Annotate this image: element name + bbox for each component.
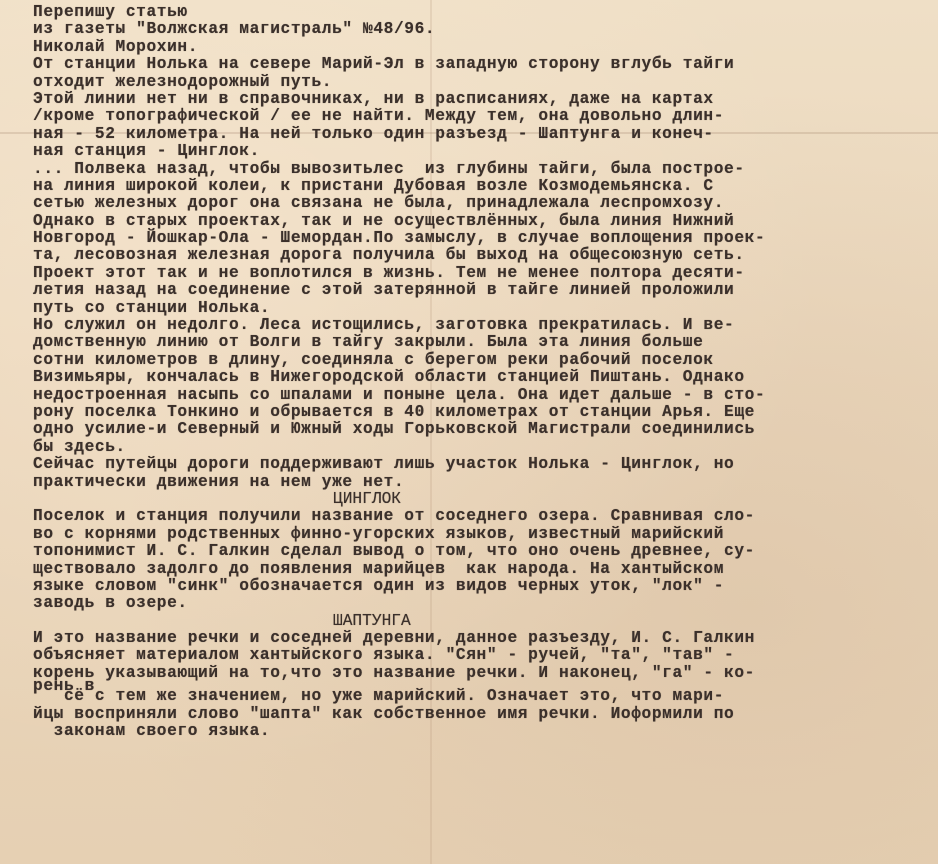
text-line: домственную линию от Волги в тайгу закры… <box>33 334 928 351</box>
section-heading-cinglok: ЦИНГЛОК <box>33 491 928 508</box>
text-line: Однако в старых проектах, так и не осуще… <box>33 213 928 230</box>
text-line: недостроенная насыпь со шпалами и поныне… <box>33 387 928 404</box>
overstrike-text: рень в <box>33 678 95 695</box>
text-line: сотни километров в длину, соединяла с бе… <box>33 352 928 369</box>
text-line: Визимьяры, кончалась в Нижегородской обл… <box>33 369 928 386</box>
text-line: Сейчас путейцы дороги поддерживают лишь … <box>33 456 928 473</box>
header-line: Перепишу статью <box>33 4 928 21</box>
text-line: бы здесь. <box>33 439 928 456</box>
text-line: сё с тем же значением, но уже марийский.… <box>33 688 928 705</box>
text-line: летия назад на соединение с этой затерян… <box>33 282 928 299</box>
text-line: Но служил он недолго. Леса истощились, з… <box>33 317 928 334</box>
text-line: одно усилие-и Северный и Южный ходы Горь… <box>33 421 928 438</box>
text-line: сетью железных дорог она связана не была… <box>33 195 928 212</box>
text-line: Поселок и станция получили название от с… <box>33 508 928 525</box>
text-line: рону поселка Тонкино и обрывается в 40 к… <box>33 404 928 421</box>
text-line: языке словом "синк" обозначается один из… <box>33 578 928 595</box>
document-header: Перепишу статью из газеты "Волжская маги… <box>33 4 928 56</box>
text-line: Новгород - Йошкар-Ола - Шемордан.По замы… <box>33 230 928 247</box>
article-body-intro: От станции Нолька на севере Марий-Эл в з… <box>33 56 928 491</box>
text-line: И это название речки и соседней деревни,… <box>33 630 928 647</box>
text-line: законам своего языка. <box>33 723 928 740</box>
overstrike-fragment: рень в <box>33 682 928 688</box>
text-line: ... Полвека назад, чтобы вывозитьлес из … <box>33 161 928 178</box>
text-line: ная станция - Цинглок. <box>33 143 928 160</box>
header-line: Николай Морохин. <box>33 39 928 56</box>
article-body-shaptunga: И это название речки и соседней деревни,… <box>33 630 928 682</box>
text-line: во с корнями родственных финно-угорских … <box>33 526 928 543</box>
typewritten-document: Перепишу статью из газеты "Волжская маги… <box>33 4 928 740</box>
text-line: Этой линии нет ни в справочниках, ни в р… <box>33 91 928 108</box>
text-line: на линия широкой колеи, к пристани Дубов… <box>33 178 928 195</box>
text-line: йцы восприняли слово "шапта" как собстве… <box>33 706 928 723</box>
text-line: ная - 52 километра. На ней только один р… <box>33 126 928 143</box>
section-heading-shaptunga: ШАПТУНГА <box>33 613 928 630</box>
text-line: та, лесовозная железная дорога получила … <box>33 247 928 264</box>
header-line: из газеты "Волжская магистраль" №48/96. <box>33 21 928 38</box>
text-line: Проект этот так и не воплотился в жизнь.… <box>33 265 928 282</box>
text-line: топонимист И. С. Галкин сделал вывод о т… <box>33 543 928 560</box>
text-line: отходит железнодорожный путь. <box>33 74 928 91</box>
text-line: От станции Нолька на севере Марий-Эл в з… <box>33 56 928 73</box>
text-line: ществовало задолго до появления марийцев… <box>33 561 928 578</box>
text-line: заводь в озере. <box>33 595 928 612</box>
text-line: объясняет материалом хантыйского языка. … <box>33 647 928 664</box>
text-line: практически движения на нем уже нет. <box>33 474 928 491</box>
article-body-ending: сё с тем же значением, но уже марийский.… <box>33 688 928 740</box>
text-line: корень указывающий на то,что это названи… <box>33 665 928 682</box>
article-body-cinglok: Поселок и станция получили название от с… <box>33 508 928 612</box>
text-line: /кроме топографической / ее не найти. Ме… <box>33 108 928 125</box>
text-line: путь со станции Нолька. <box>33 300 928 317</box>
